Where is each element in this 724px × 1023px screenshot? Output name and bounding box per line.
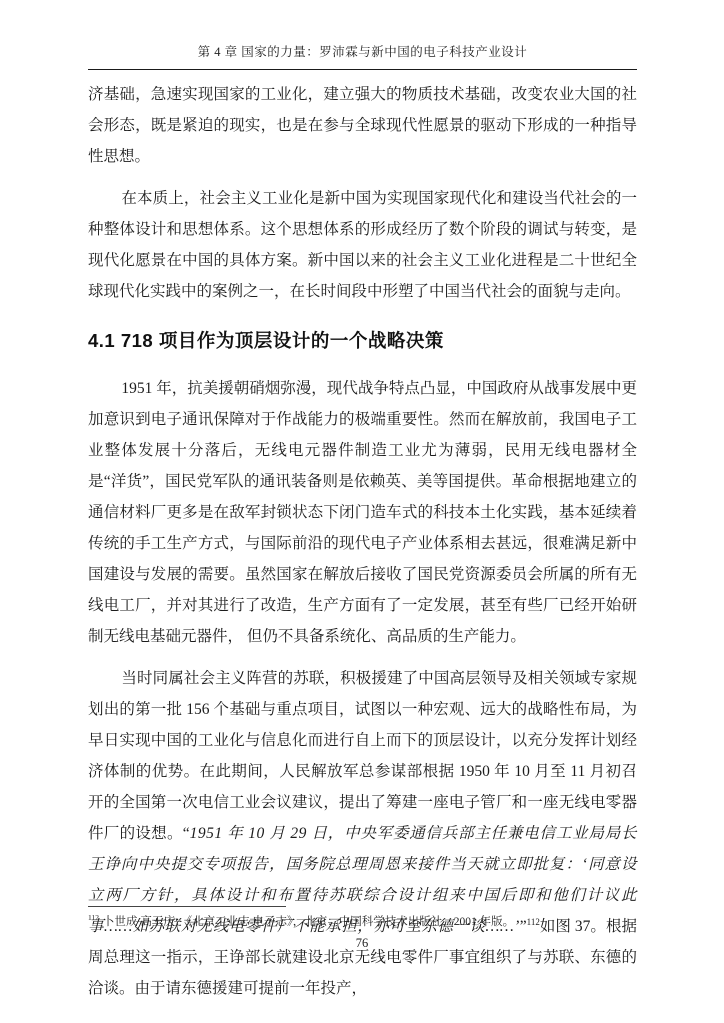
paragraph-1951-background: 1951 年，抗美援朝硝烟弥漫，现代战争特点凸显，中国政府从战事发展中更加意识到… [88, 373, 637, 652]
page-content: 济基础，急速实现国家的工业化，建立强大的物质技术基础，改变农业大国的社会形态，既… [88, 79, 637, 1015]
footnote: 112卜世成 高玉庆：《北京工业志 电子志》，北京：中国科学技术出版社，2001… [88, 914, 637, 930]
paragraph-essence: 在本质上，社会主义工业化是新中国为实现国家现代化和建设当代社会的一种整体设计和思… [88, 183, 637, 307]
paragraph-soviet-aid: 当时同属社会主义阵营的苏联，积极援建了中国高层领导及相关领域专家规划出的第一批 … [88, 663, 637, 1004]
page-number: 76 [0, 936, 724, 951]
footnote-marker: 112 [88, 913, 99, 922]
footnote-divider [88, 906, 286, 907]
paragraph-soviet-aid-text: 当时同属社会主义阵营的苏联，积极援建了中国高层领导及相关领域专家规划出的第一批 … [88, 670, 637, 842]
section-heading: 4.1 718 项目作为顶层设计的一个战略决策 [88, 328, 637, 354]
document-page: 第 4 章 国家的力量：罗沛霖与新中国的电子科技产业设计 济基础，急速实现国家的… [0, 0, 724, 1023]
footnote-text: 卜世成 高玉庆：《北京工业志 电子志》，北京：中国科学技术出版社，2001 年版… [103, 916, 514, 928]
footnote-block: 112卜世成 高玉庆：《北京工业志 电子志》，北京：中国科学技术出版社，2001… [88, 906, 637, 930]
running-header: 第 4 章 国家的力量：罗沛霖与新中国的电子科技产业设计 [88, 42, 637, 70]
paragraph-continuation: 济基础，急速实现国家的工业化，建立强大的物质技术基础，改变农业大国的社会形态，既… [88, 79, 637, 172]
